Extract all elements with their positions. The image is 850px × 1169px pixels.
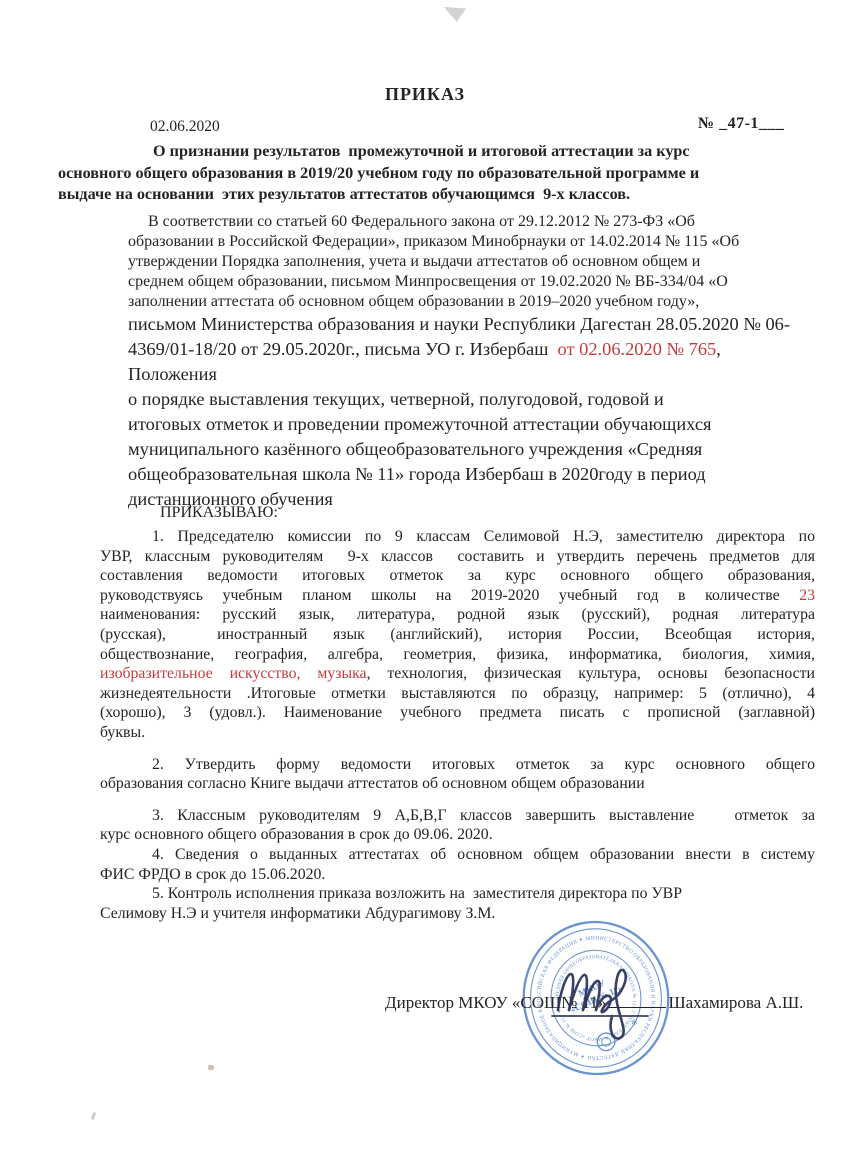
- text-segment: о порядке выставления текущих, четверной…: [128, 389, 664, 409]
- text-segment: муниципального казённого общеобразовател…: [128, 439, 702, 459]
- text-segment: , технология, физическая культура, основ…: [367, 665, 815, 682]
- preamble: В соответствии со статьей 60 Федеральног…: [128, 212, 792, 512]
- text-segment: наименования: русский язык, литература, …: [100, 606, 815, 623]
- text-segment: выдаче на основании этих результатов атт…: [58, 185, 630, 203]
- text-line: Селимову Н.Э и учителя информатики Абдур…: [100, 904, 815, 924]
- document-page: ПРИКАЗ 02.06.2020 № _47-1___ О признании…: [0, 0, 850, 1169]
- text-line: О признании результатов промежуточной и …: [58, 141, 814, 163]
- text-line: (русская), иностранный язык (английский)…: [100, 625, 815, 645]
- text-segment: буквы.: [100, 724, 145, 741]
- ink-speck: [91, 1112, 96, 1121]
- text-segment: 5. Контроль исполнения приказа возложить…: [152, 885, 682, 902]
- text-segment: 1. Председателю комиссии по 9 классам Се…: [152, 528, 815, 545]
- text-segment: руководствуясь учебным планом школы на 2…: [100, 587, 799, 604]
- order-keyword: ПРИКАЗЫВАЮ:: [160, 504, 278, 522]
- ink-speck: [208, 1065, 214, 1070]
- order-number: № _47-1___: [698, 115, 784, 133]
- text-segment: УВР, классным руководителям 9-х классов …: [100, 548, 815, 565]
- text-line: (хорошо), 3 (удовл.). Наименование учебн…: [100, 703, 815, 723]
- text-segment: 4. Сведения о выданных аттестатах об осн…: [152, 846, 815, 863]
- text-line: ФИС ФРДО в срок до 15.06.2020.: [100, 865, 815, 885]
- text-segment: образовании в Российской Федерации», при…: [128, 233, 739, 250]
- text-line: буквы.: [100, 723, 815, 743]
- text-segment: составления ведомости итоговых отметок з…: [100, 567, 815, 584]
- text-line: итоговых отметок и проведении промежуточ…: [128, 412, 792, 437]
- order-subject: О признании результатов промежуточной и …: [58, 141, 814, 206]
- text-segment: В соответствии со статьей 60 Федеральног…: [148, 213, 695, 230]
- text-segment: изобразительное искусство, музыка: [100, 665, 367, 682]
- text-line: общеобразовательная школа № 11» города И…: [128, 462, 792, 487]
- order-items: 1. Председателю комиссии по 9 классам Се…: [100, 527, 815, 923]
- text-line: В соответствии со статьей 60 Федеральног…: [128, 212, 792, 232]
- text-line: УВР, классным руководителям 9-х классов …: [100, 547, 815, 567]
- text-line: жизнедеятельности .Итоговые отметки выст…: [100, 684, 815, 704]
- text-segment: ФИС ФРДО в срок до 15.06.2020.: [100, 866, 325, 883]
- text-segment: заполнении аттестата об основном общем о…: [128, 293, 699, 310]
- text-segment: 2. Утвердить форму ведомости итоговых от…: [152, 756, 815, 773]
- text-line: руководствуясь учебным планом школы на 2…: [100, 586, 815, 606]
- text-line: муниципального казённого общеобразовател…: [128, 437, 792, 462]
- text-line: наименования: русский язык, литература, …: [100, 605, 815, 625]
- text-line: основного общего образования в 2019/20 у…: [58, 163, 814, 185]
- text-line: о порядке выставления текущих, четверной…: [128, 387, 792, 412]
- text-segment: итоговых отметок и проведении промежуточ…: [128, 414, 711, 434]
- text-line: заполнении аттестата об основном общем о…: [128, 292, 792, 312]
- text-line: образовании в Российской Федерации», при…: [128, 232, 792, 252]
- text-segment: утверждении Порядка заполнения, учета и …: [128, 253, 700, 270]
- text-line: 2. Утвердить форму ведомости итоговых от…: [100, 755, 815, 775]
- text-line: курс основного общего образования в срок…: [100, 825, 815, 845]
- text-segment: обществознание, география, алгебра, геом…: [100, 646, 815, 663]
- text-line: выдаче на основании этих результатов атт…: [58, 184, 814, 206]
- text-segment: (хорошо), 3 (удовл.). Наименование учебн…: [100, 704, 815, 721]
- text-line: составления ведомости итоговых отметок з…: [100, 566, 815, 586]
- text-segment: от 02.06.2020 № 765: [558, 339, 717, 359]
- text-line: изобразительное искусство, музыка, техно…: [100, 664, 815, 684]
- text-segment: 4369/01-18/20 от 29.05.2020г., письма УО…: [128, 339, 558, 359]
- text-segment: письмом Министерства образования и науки…: [128, 314, 790, 334]
- text-line: среднем общем образовании, письмом Минпр…: [128, 272, 792, 292]
- text-segment: жизнедеятельности .Итоговые отметки выст…: [100, 685, 815, 702]
- text-line: 3. Классным руководителям 9 А,Б,В,Г клас…: [100, 806, 815, 826]
- order-date: 02.06.2020: [150, 118, 220, 136]
- text-segment: среднем общем образовании, письмом Минпр…: [128, 273, 728, 290]
- text-line: образования согласно Книге выдачи аттест…: [100, 774, 815, 794]
- handwritten-signature: [548, 958, 680, 1050]
- text-line: 5. Контроль исполнения приказа возложить…: [100, 884, 815, 904]
- page-title: ПРИКАЗ: [0, 84, 850, 105]
- text-line: письмом Министерства образования и науки…: [128, 312, 792, 337]
- text-line: 1. Председателю комиссии по 9 классам Се…: [100, 527, 815, 547]
- text-segment: общеобразовательная школа № 11» города И…: [128, 464, 706, 484]
- text-line: 4369/01-18/20 от 29.05.2020г., письма УО…: [128, 337, 792, 387]
- text-segment: Селимову Н.Э и учителя информатики Абдур…: [100, 905, 495, 922]
- scan-artifact: [444, 7, 466, 22]
- text-segment: О признании результатов промежуточной и …: [153, 142, 690, 160]
- text-segment: основного общего образования в 2019/20 у…: [58, 164, 699, 182]
- text-segment: 3. Классным руководителям 9 А,Б,В,Г клас…: [152, 807, 815, 824]
- text-segment: курс основного общего образования в срок…: [100, 826, 493, 843]
- text-segment: образования согласно Книге выдачи аттест…: [100, 775, 645, 792]
- text-line: обществознание, география, алгебра, геом…: [100, 645, 815, 665]
- text-line: утверждении Порядка заполнения, учета и …: [128, 252, 792, 272]
- text-segment: 23: [799, 587, 815, 604]
- text-line: 4. Сведения о выданных аттестатах об осн…: [100, 845, 815, 865]
- signature-name: Шахамирова А.Ш.: [668, 993, 803, 1013]
- text-segment: (русская), иностранный язык (английский)…: [100, 626, 815, 643]
